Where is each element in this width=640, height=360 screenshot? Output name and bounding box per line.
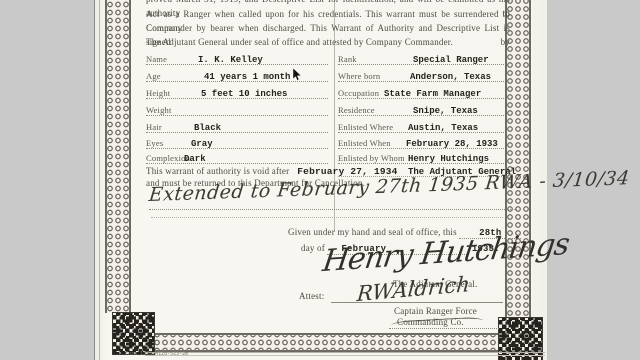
void-clause-line1: This warrant of authority is void afterF…: [146, 166, 398, 177]
page-bottom-edge: [145, 352, 545, 356]
field-value: 5 feet 10 inches: [201, 89, 287, 99]
field-hair: Hair Black: [146, 119, 328, 133]
field-height: Height 5 feet 10 inches: [146, 85, 328, 99]
field-label: Hair: [146, 122, 162, 132]
field-label: Enlisted When: [338, 138, 391, 148]
extension-underline: [149, 209, 517, 210]
intro-line-4: The Adjutant General under seal of offic…: [146, 36, 510, 50]
ornament-border-left: [105, 0, 131, 313]
field-label: Enlisted by Whom: [338, 153, 405, 163]
field-label: Eyes: [146, 138, 163, 148]
day-of-label: day of: [301, 243, 325, 253]
field-eyes: Eyes Gray: [146, 135, 328, 149]
field-weight: Weight: [146, 102, 328, 116]
void-clause-text: This warrant of authority is void after: [146, 166, 289, 176]
field-label: Rank: [338, 54, 357, 64]
field-rank: Rank Special Ranger: [338, 51, 504, 65]
attest-title: Captain Ranger Force: [394, 306, 477, 316]
commanding-underline: [389, 328, 499, 329]
field-value: Black: [194, 123, 221, 133]
field-label: Residence: [338, 105, 375, 115]
field-name: Name I. K. Kelley: [146, 51, 328, 65]
field-residence: Residence Snipe, Texas: [338, 102, 504, 116]
field-value: Snipe, Texas: [413, 106, 478, 116]
attest-underline: [331, 302, 503, 303]
field-value: State Farm Manager: [384, 89, 481, 99]
field-value: I. K. Kelley: [198, 55, 263, 65]
field-label: Where born: [338, 71, 380, 81]
field-enlisted-where: Enlisted Where Austin, Texas: [338, 119, 504, 133]
field-label: Weight: [146, 105, 172, 115]
field-label: Age: [146, 71, 161, 81]
field-value: February 28, 1933: [406, 139, 498, 149]
field-label: Enlisted Where: [338, 122, 393, 132]
field-value: Anderson, Texas: [410, 72, 491, 82]
field-value: Dark: [184, 154, 206, 164]
field-complexion: Complexion Dark: [146, 150, 328, 164]
page-spine-line: [99, 0, 100, 360]
field-value: Gray: [191, 139, 213, 149]
mouse-cursor-icon: [293, 68, 302, 81]
field-label: Height: [146, 88, 170, 98]
ornament-border-bottom: [151, 333, 499, 352]
field-value: Austin, Texas: [408, 123, 478, 133]
attest-label: Attest:: [299, 291, 324, 301]
field-value: Special Ranger: [413, 55, 489, 65]
field-value: 41 years 1 month: [204, 72, 290, 82]
field-label: Occupation: [338, 88, 379, 98]
faint-rule: [151, 217, 503, 218]
ornament-corner-bottom-left: [112, 312, 155, 355]
field-label: Name: [146, 54, 167, 64]
scanned-document-page: proved March 31, 1919, and Descriptive L…: [94, 0, 547, 360]
field-occupation: Occupation State Farm Manager: [338, 85, 504, 99]
field-enlisted-by-whom: Enlisted by Whom Henry Hutchings: [338, 150, 504, 164]
field-enlisted-when: Enlisted When February 28, 1933: [338, 135, 504, 149]
field-where-born: Where born Anderson, Texas: [338, 68, 504, 82]
form-number: Form 1370—M128-523-2m: [125, 351, 188, 357]
